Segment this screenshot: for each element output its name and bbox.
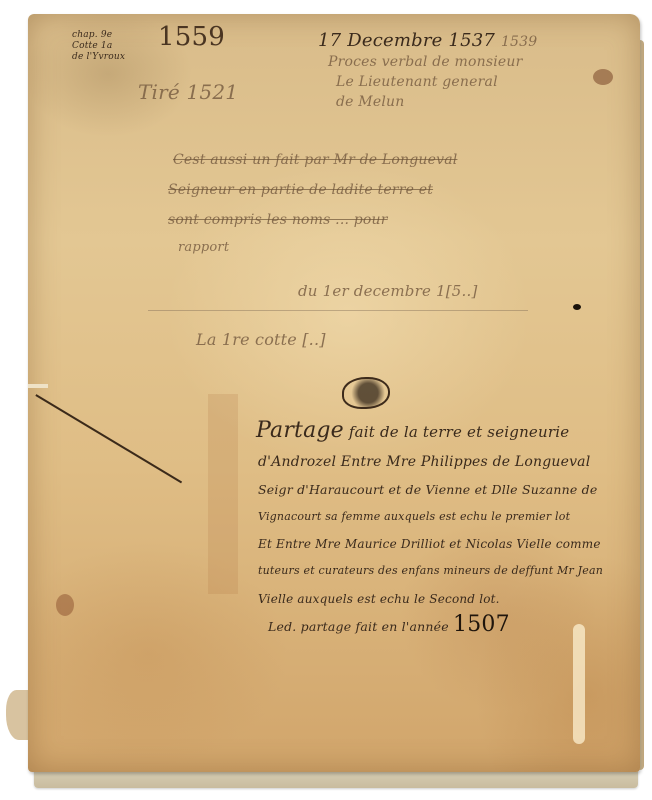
margin-note: chap. 9e Cotte 1a de l'Yvroux <box>72 30 125 63</box>
entry-line-2: d'Androzel Entre Mre Philippes de Longue… <box>258 454 590 470</box>
struck-line-4: rapport <box>178 240 229 255</box>
header-date-line: 17 Decembre 1537 1539 <box>318 30 537 51</box>
header-line-3: Le Lieutenant general <box>336 74 498 90</box>
struck-line-3: sont compris les noms ... pour <box>168 212 388 228</box>
struck-line-1: Cest aussi un fait par Mr de Longueval <box>173 152 457 168</box>
diagonal-tear <box>36 394 182 483</box>
entry-line-5: Et Entre Mre Maurice Drilliot et Nicolas… <box>258 537 601 551</box>
title-scrawl: Tiré 1521 <box>138 80 238 104</box>
entry-line-1: Partage fait de la terre et seigneurie <box>256 418 569 443</box>
ink-stain <box>56 594 74 616</box>
header-line-2: Proces verbal de monsieur <box>328 54 523 70</box>
parchment-page: chap. 9e Cotte 1a de l'Yvroux 1559 Tiré … <box>28 14 640 772</box>
struck-line-2: Seigneur en partie de ladite terre et <box>168 182 433 198</box>
worn-streak <box>573 624 585 744</box>
top-year: 1559 <box>158 22 225 52</box>
edge-tear <box>28 384 48 388</box>
entry-line-3: Seigr d'Haraucourt et de Vienne et Dlle … <box>258 482 597 497</box>
middle-date: du 1er decembre 1[5..] <box>298 282 478 300</box>
entry-line-6: tuteurs et curateurs des enfans mineurs … <box>258 564 603 577</box>
middle-cotte: La 1re cotte [..] <box>196 330 326 349</box>
faint-rule <box>148 310 528 311</box>
entry-line-8: Led. partage fait en l'année 1507 <box>268 612 510 637</box>
hole-spot <box>573 304 581 310</box>
header-line-4: de Melun <box>336 94 404 110</box>
entry-line-4: Vignacourt sa femme auxquels est echu le… <box>258 510 570 523</box>
paraph-flourish-icon <box>342 377 390 409</box>
water-streak <box>208 394 238 594</box>
ink-stain <box>593 69 613 85</box>
entry-line-7: Vielle auxquels est echu le Second lot. <box>258 592 500 606</box>
